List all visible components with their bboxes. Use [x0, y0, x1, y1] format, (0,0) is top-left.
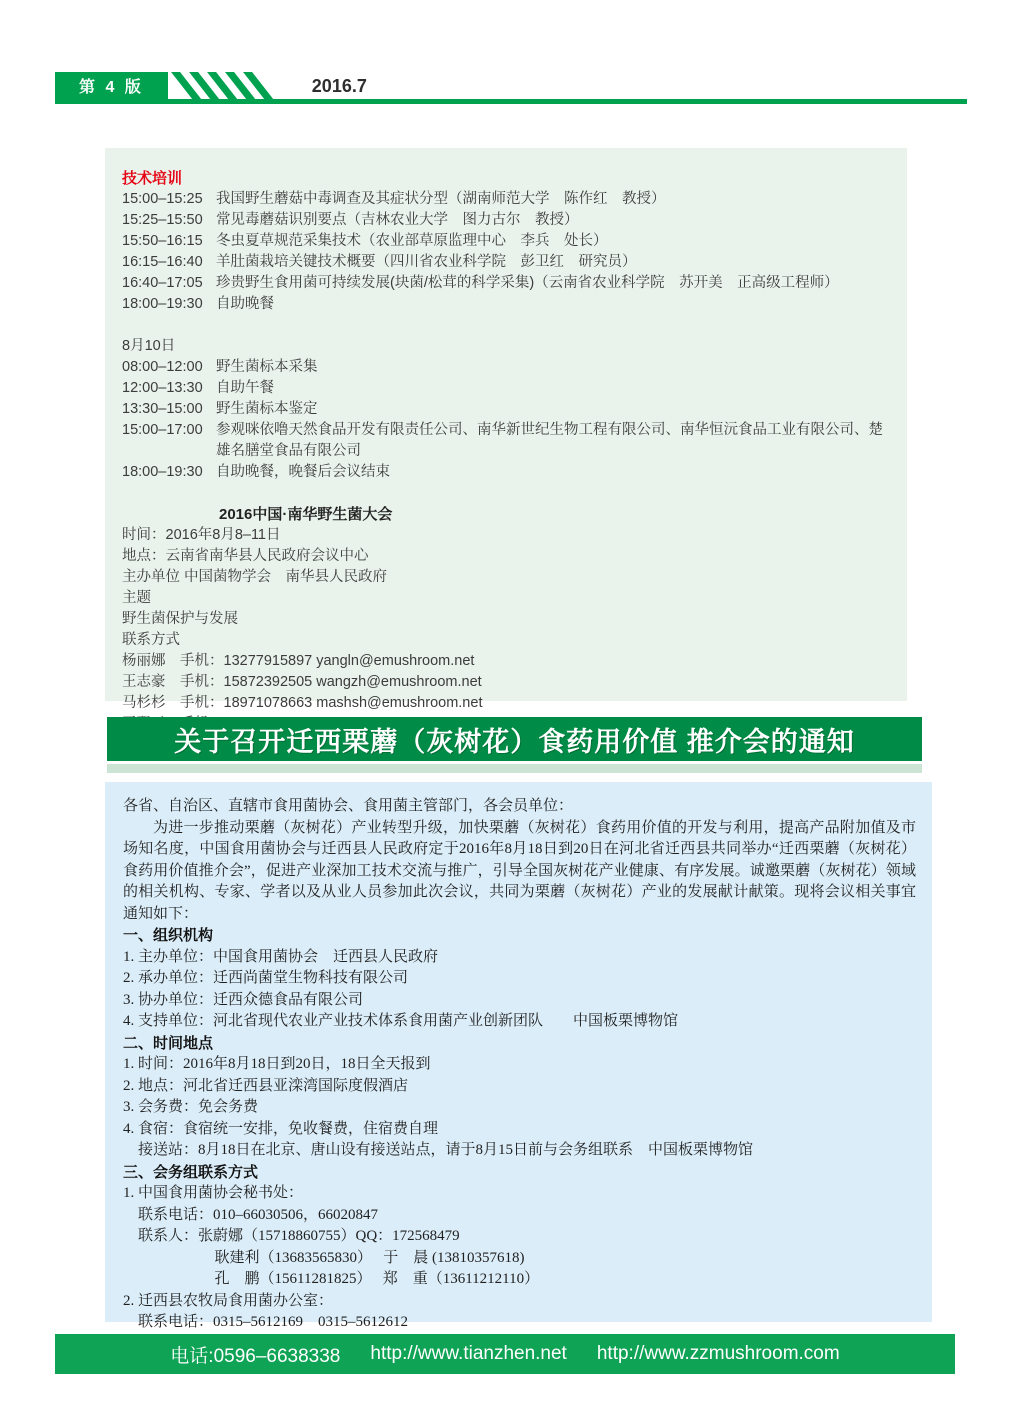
session-desc: 自助午餐: [216, 378, 891, 399]
notice-intro-paragraph: 为进一步推动栗蘑（灰树花）产业转型升级，加快栗蘑（灰树花）食药用价值的开发与利用…: [123, 818, 916, 926]
day2-date-label: 8月10日: [122, 336, 891, 357]
notice-line: 联系电话：010–66030506，66020847: [123, 1205, 916, 1227]
session-desc: 野生菌标本鉴定: [216, 399, 891, 420]
schedule-row: 15:00–15:25 我国野生蘑菇中毒调查及其症状分型（湖南师范大学 陈作红 …: [122, 189, 891, 210]
spacer: [122, 315, 891, 336]
notice-line: 2. 迁西县农牧局食用菌办公室：: [123, 1291, 916, 1313]
session-desc: 珍贵野生食用菌可持续发展(块菌/松茸的科学采集)（云南省农业科学院 苏开美 正高…: [216, 273, 891, 294]
schedule-row: 16:15–16:40 羊肚菌栽培关键技术概要（四川省农业科学院 彭卫红 研究员…: [122, 252, 891, 273]
notice-line: 1. 中国食用菌协会秘书处：: [123, 1183, 916, 1205]
session-time: 15:00–15:25: [122, 189, 216, 210]
notice-banner-title: 关于召开迁西栗蘑（灰树花）食药用价值 推介会的通知: [174, 720, 855, 759]
footer-url-zzmushroom: http://www.zzmushroom.com: [597, 1343, 840, 1365]
notice-line: 4. 食宿：食宿统一安排，免收餐费，住宿费自理: [123, 1119, 916, 1141]
session-desc: 羊肚菌栽培关键技术概要（四川省农业科学院 彭卫红 研究员）: [216, 252, 891, 273]
schedule-row: 15:50–16:15 冬虫夏草规范采集技术（农业部草原监理中心 李兵 处长）: [122, 231, 891, 252]
session-time: 18:00–19:30: [122, 294, 216, 315]
notice-line: 3. 会务费：免会务费: [123, 1097, 916, 1119]
session-time: 15:25–15:50: [122, 210, 216, 231]
footer-url-tianzhen: http://www.tianzhen.net: [370, 1343, 566, 1365]
session-time: 15:50–16:15: [122, 231, 216, 252]
schedule-box: 技术培训 15:00–15:25 我国野生蘑菇中毒调查及其症状分型（湖南师范大学…: [105, 148, 907, 701]
notice-box: 各省、自治区、直辖市食用菌协会、食用菌主管部门，各会员单位： 为进一步推动栗蘑（…: [105, 782, 932, 1322]
conference-info-line: 野生菌保护与发展: [122, 609, 891, 630]
session-desc: 我国野生蘑菇中毒调查及其症状分型（湖南师范大学 陈作红 教授）: [216, 189, 891, 210]
notice-heading: 二、时间地点: [123, 1033, 916, 1055]
header-rule: [55, 99, 967, 104]
notice-heading: 三、会务组联系方式: [123, 1162, 916, 1184]
notice-line: 联系人：张蔚娜（15718860755）QQ：172568479: [123, 1226, 916, 1248]
session-desc: 冬虫夏草规范采集技术（农业部草原监理中心 李兵 处长）: [216, 231, 891, 252]
schedule-row: 16:40–17:05 珍贵野生食用菌可持续发展(块菌/松茸的科学采集)（云南省…: [122, 273, 891, 294]
spacer: [122, 483, 891, 504]
notice-heading: 一、组织机构: [123, 925, 916, 947]
session-desc: 野生菌标本采集: [216, 357, 891, 378]
newspaper-page: 第 4 版 2016.7 技术培训 15:00–15:25 我国野生蘑菇中毒调查…: [0, 0, 1028, 1424]
schedule-section-title: 技术培训: [122, 168, 891, 189]
banner-underline-strip: [107, 764, 922, 773]
conference-contact-line: 王志豪 手机：15872392505 wangzh@emushroom.net: [122, 672, 891, 693]
schedule-row: 15:25–15:50 常见毒蘑菇识别要点（吉林农业大学 图力古尔 教授）: [122, 210, 891, 231]
notice-line: 联系电话：0315–5612169 0315–5612612: [123, 1312, 916, 1334]
notice-line: 1. 主办单位：中国食用菌协会 迁西县人民政府: [123, 947, 916, 969]
notice-banner: 关于召开迁西栗蘑（灰树花）食药用价值 推介会的通知: [107, 717, 922, 761]
schedule-row: 12:00–13:30 自助午餐: [122, 378, 891, 399]
conference-contact-line: 杨丽娜 手机：13277915897 yangln@emushroom.net: [122, 651, 891, 672]
session-desc: 自助晚餐，晚餐后会议结束: [216, 462, 891, 483]
conference-info-line: 时间：2016年8月8–11日: [122, 525, 891, 546]
conference-title: 2016中国·南华野生菌大会: [219, 504, 891, 525]
notice-line: 1. 时间：2016年8月18日到20日，18日全天报到: [123, 1054, 916, 1076]
session-desc: 参观咪依噜天然食品开发有限责任公司、南华新世纪生物工程有限公司、南华恒沅食品工业…: [216, 420, 891, 462]
notice-line: 耿建利（13683565830） 于 晨 (13810357618): [123, 1248, 916, 1270]
diagonal-stripes-decoration: [182, 72, 272, 100]
notice-line: 接送站：8月18日在北京、唐山设有接送站点，请于8月15日前与会务组联系 中国板…: [123, 1140, 916, 1162]
notice-line: 4. 支持单位：河北省现代农业产业技术体系食用菌产业创新团队 中国板栗博物馆: [123, 1011, 916, 1033]
notice-line: 孔 鹏（15611281825） 郑 重（13611212110）: [123, 1269, 916, 1291]
session-time: 12:00–13:30: [122, 378, 216, 399]
session-desc: 常见毒蘑菇识别要点（吉林农业大学 图力古尔 教授）: [216, 210, 891, 231]
notice-salutation: 各省、自治区、直辖市食用菌协会、食用菌主管部门，各会员单位：: [123, 796, 916, 818]
session-desc: 自助晚餐: [216, 294, 891, 315]
page-number-label: 第 4 版: [55, 72, 168, 100]
session-time: 16:40–17:05: [122, 273, 216, 294]
schedule-row: 18:00–19:30 自助晚餐，晚餐后会议结束: [122, 462, 891, 483]
conference-info-line: 主题: [122, 588, 891, 609]
masthead: 第 4 版 2016.7: [55, 72, 367, 100]
session-time: 13:30–15:00: [122, 399, 216, 420]
schedule-row: 13:30–15:00 野生菌标本鉴定: [122, 399, 891, 420]
notice-line: 2. 地点：河北省迁西县亚滦湾国际度假酒店: [123, 1076, 916, 1098]
schedule-row: 08:00–12:00 野生菌标本采集: [122, 357, 891, 378]
notice-line: 3. 协办单位：迁西众德食品有限公司: [123, 990, 916, 1012]
session-time: 18:00–19:30: [122, 462, 216, 483]
issue-date: 2016.7: [312, 76, 367, 97]
notice-line: 2. 承办单位：迁西尚菌堂生物科技有限公司: [123, 968, 916, 990]
footer-phone: 电话:0596–6638338: [170, 1341, 340, 1368]
session-time: 15:00–17:00: [122, 420, 216, 462]
footer-bar: 电话:0596–6638338 http://www.tianzhen.net …: [55, 1334, 955, 1374]
schedule-row: 18:00–19:30 自助晚餐: [122, 294, 891, 315]
conference-contact-line: 马杉杉 手机：18971078663 mashsh@emushroom.net: [122, 693, 891, 714]
schedule-row: 15:00–17:00 参观咪依噜天然食品开发有限责任公司、南华新世纪生物工程有…: [122, 420, 891, 462]
session-time: 16:15–16:40: [122, 252, 216, 273]
conference-info-line: 联系方式: [122, 630, 891, 651]
session-time: 08:00–12:00: [122, 357, 216, 378]
conference-info-line: 地点：云南省南华县人民政府会议中心: [122, 546, 891, 567]
conference-info-line: 主办单位 中国菌物学会 南华县人民政府: [122, 567, 891, 588]
